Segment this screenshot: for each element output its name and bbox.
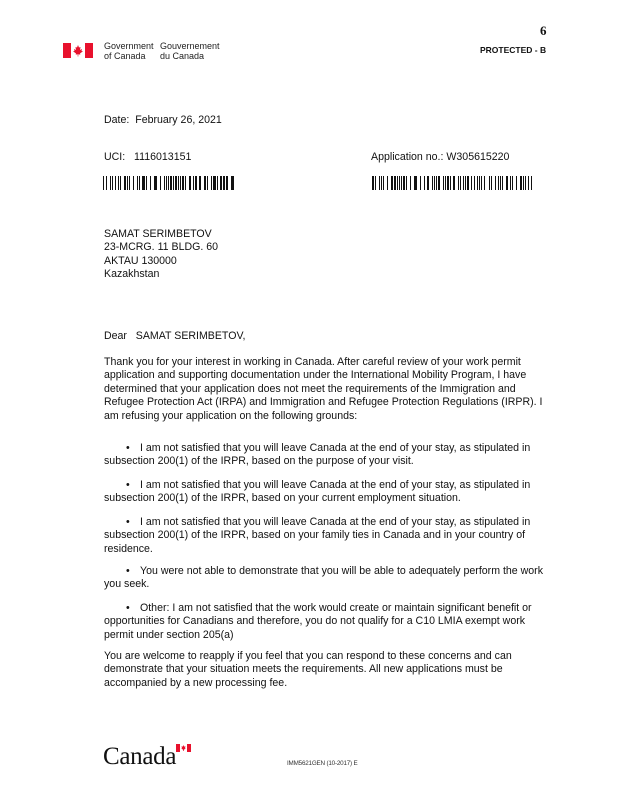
uci-value: 1116013151 [134,151,191,163]
address-line2: AKTAU 130000 [104,255,218,268]
intro-paragraph: Thank you for your interest in working i… [104,356,544,423]
classification-label: PROTECTED - B [480,45,546,55]
recipient-name: SAMAT SERIMBETOV [104,228,218,241]
ground-item: •I am not satisfied that you will leave … [104,479,544,506]
ground-item: •I am not satisfied that you will leave … [104,516,544,556]
application-line: Application no.: W305615220 [371,151,509,164]
gov-en-line2: of Canada [104,52,154,62]
ground-item: •Other: I am not satisfied that the work… [104,602,544,642]
wordmark-flag-icon [176,744,191,752]
ground-text: You were not able to demonstrate that yo… [104,565,543,590]
ground-text: I am not satisfied that you will leave C… [104,516,530,555]
recipient-address: SAMAT SERIMBETOV 23-MCRG. 11 BLDG. 60 AK… [104,228,218,281]
salutation: Dear SAMAT SERIMBETOV, [104,330,246,343]
page-number: 6 [540,23,547,39]
bullet-icon: • [126,516,140,529]
closing-paragraph: You are welcome to reapply if you feel t… [104,650,544,690]
ground-text: I am not satisfied that you will leave C… [104,442,530,467]
form-code: IMM5621GEN (10-2017) E [287,760,358,767]
canada-wordmark: Canada [103,744,176,769]
application-value: W305615220 [446,151,509,163]
uci-barcode [103,176,236,190]
ground-item: •You were not able to demonstrate that y… [104,565,544,592]
date-value: February 26, 2021 [135,114,222,126]
date-line: Date: February 26, 2021 [104,114,222,127]
ground-text: I am not satisfied that you will leave C… [104,479,530,504]
canada-flag-icon [63,43,93,58]
application-barcode [371,176,533,190]
uci-label: UCI: [104,151,125,163]
bullet-icon: • [126,602,140,615]
uci-line: UCI: 1116013151 [104,151,191,164]
government-of-canada-en: Government of Canada [104,42,154,61]
ground-text: Other: I am not satisfied that the work … [104,602,532,641]
bullet-icon: • [126,565,140,578]
gov-fr-line2: du Canada [160,52,220,62]
bullet-icon: • [126,442,140,455]
government-of-canada-fr: Gouvernement du Canada [160,42,220,61]
ground-item: •I am not satisfied that you will leave … [104,442,544,469]
application-label: Application no.: [371,151,443,163]
date-label: Date: [104,114,129,126]
bullet-icon: • [126,479,140,492]
address-line1: 23-MCRG. 11 BLDG. 60 [104,241,218,254]
recipient-country: Kazakhstan [104,268,218,281]
